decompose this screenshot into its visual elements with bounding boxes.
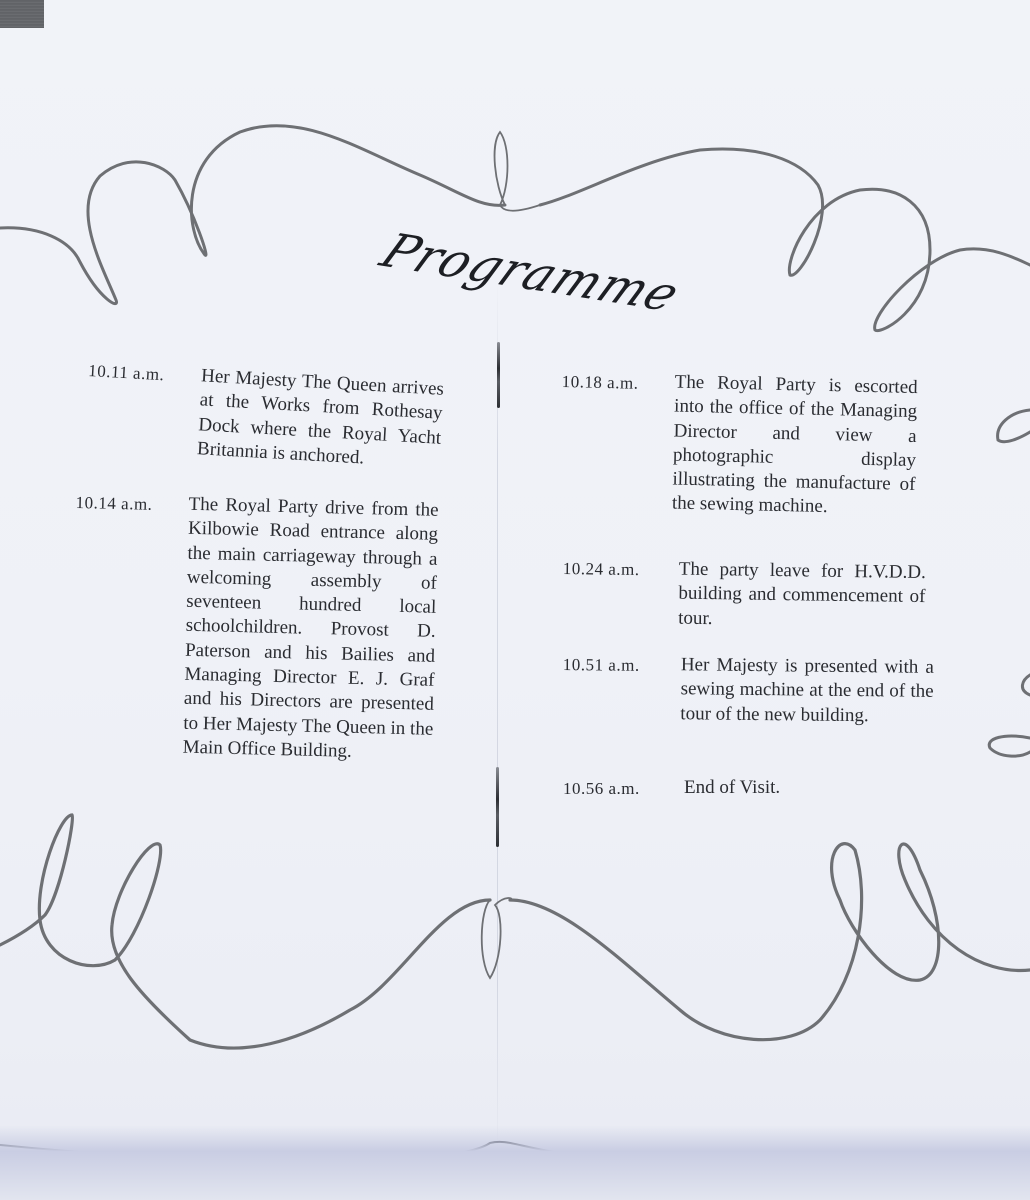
schedule-entry: 10.14 a.m. The Royal Party drive from th… <box>69 490 438 766</box>
page-bottom-shadow <box>0 1125 1030 1200</box>
schedule-time: 10.56 a.m. <box>563 776 684 800</box>
schedule-description: The Royal Party is escorted into the off… <box>672 371 918 522</box>
schedule-time: 10.18 a.m. <box>559 368 675 516</box>
schedule-time: 10.14 a.m. <box>69 490 188 760</box>
schedule-description: End of Visit. <box>684 776 934 800</box>
flourish-bottom-right <box>510 844 1030 1040</box>
flourish-bottom-left <box>0 815 490 1048</box>
flourish-right-edge <box>998 410 1030 442</box>
staple-icon <box>497 342 500 408</box>
flourish-top-center-loop <box>495 132 540 211</box>
schedule-description: The Royal Party drive from the Kilbowie … <box>182 493 438 766</box>
schedule-time: 10.24 a.m. <box>562 556 679 631</box>
schedule-entry: 10.56 a.m. End of Visit. <box>563 776 934 800</box>
schedule-time: 10.11 a.m. <box>84 358 202 461</box>
schedule-entry: 10.24 a.m. The party leave for H.V.D.D. … <box>562 556 926 634</box>
schedule-description: The party leave for H.V.D.D. building an… <box>678 558 926 634</box>
schedule-entry: 10.18 a.m. The Royal Party is escorted i… <box>559 368 918 522</box>
schedule-description: Her Majesty The Queen arrives at the Wor… <box>196 364 444 475</box>
schedule-description: Her Majesty is presented with a sewing m… <box>680 653 934 729</box>
schedule-entry: 10.11 a.m. Her Majesty The Queen arrives… <box>84 358 445 475</box>
staple-icon <box>496 767 499 847</box>
flourish-bottom-center-loop <box>482 898 512 978</box>
schedule-entry: 10.51 a.m. Her Majesty is presented with… <box>562 652 934 729</box>
schedule-time: 10.51 a.m. <box>562 652 681 726</box>
